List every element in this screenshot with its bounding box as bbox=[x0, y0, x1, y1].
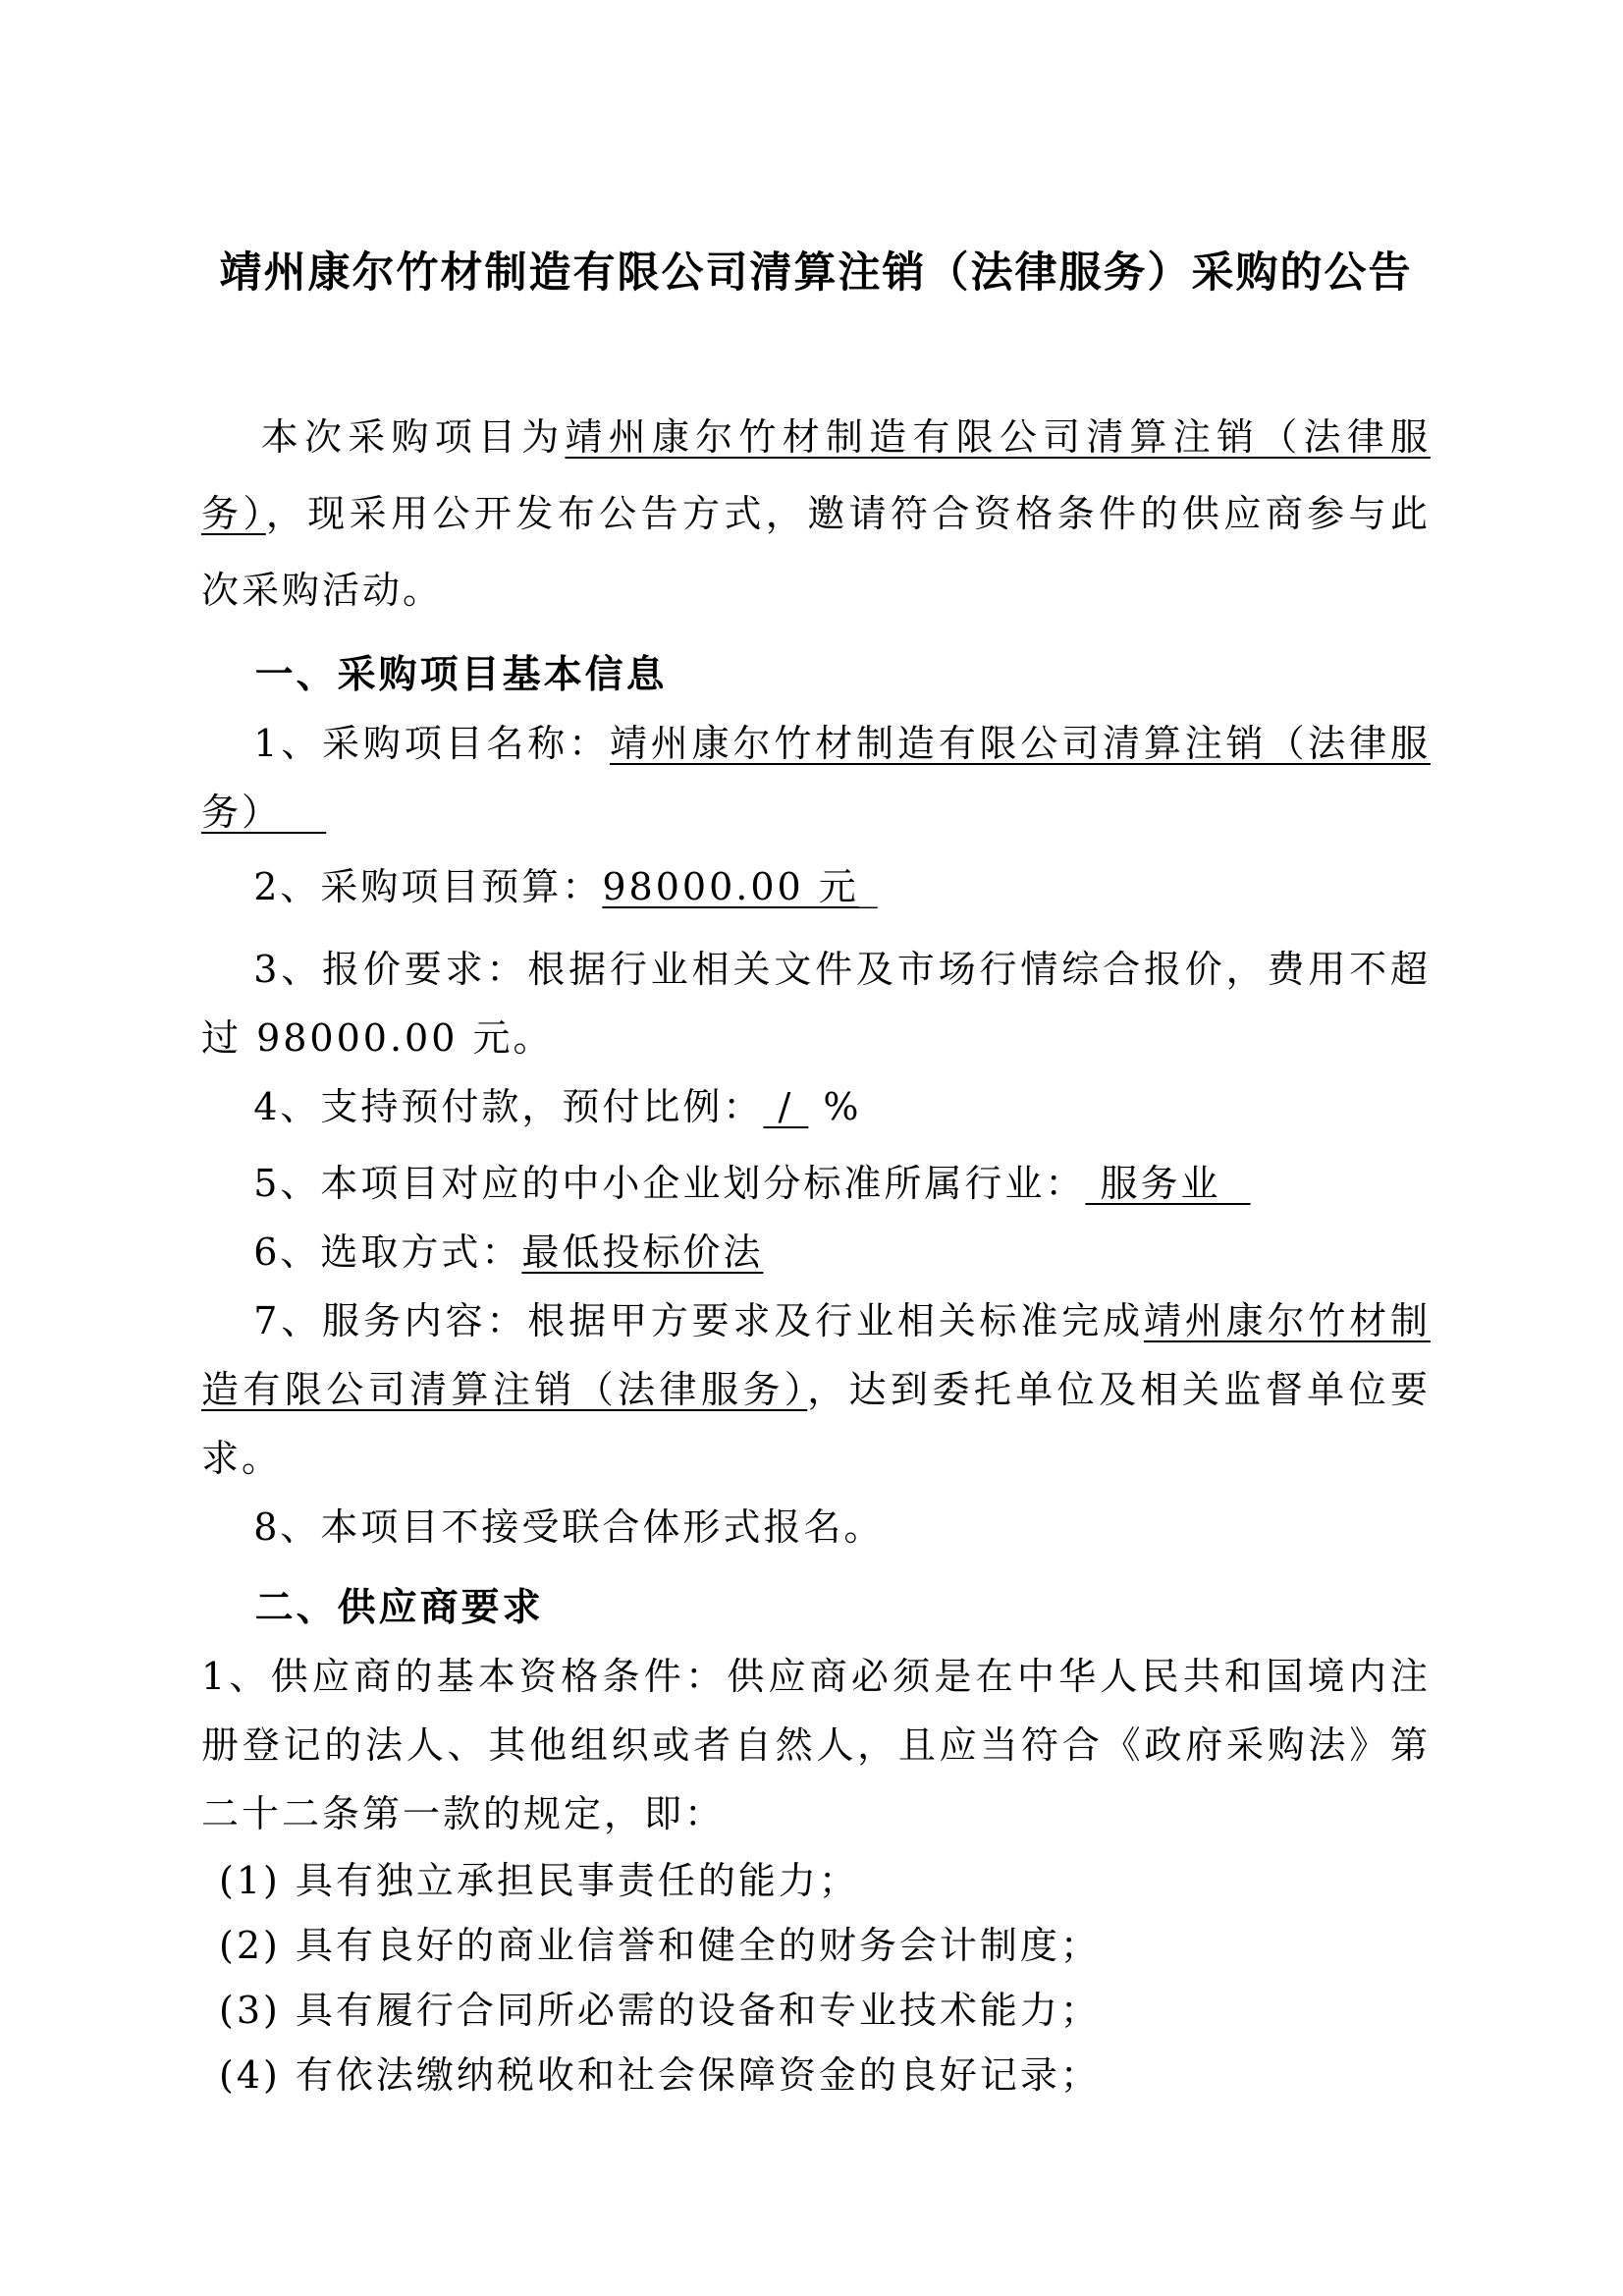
item2-value-underlined: 98000.00 元 bbox=[602, 865, 858, 908]
item-service-content: 7、服务内容：根据甲方要求及行业相关标准完成靖州康尔竹材制造有限公司清算注销（法… bbox=[201, 1286, 1431, 1493]
supplier-qualification-text: 1、供应商的基本资格条件：供应商必须是在中华人民共和国境内注册登记的法人、其他组… bbox=[201, 1655, 1431, 1835]
item2-label: 2、采购项目预算： bbox=[253, 865, 602, 908]
item-no-consortium: 8、本项目不接受联合体形式报名。 bbox=[201, 1493, 1431, 1561]
item8-text: 8、本项目不接受联合体形式报名。 bbox=[253, 1505, 884, 1549]
qualification-sub-item-2: (2) 具有良好的商业信誉和健全的财务会计制度； bbox=[219, 1913, 1431, 1978]
qualification-sub-item-3: (3) 具有履行合同所必需的设备和专业技术能力； bbox=[219, 1978, 1431, 2043]
item7-text-pre: 7、服务内容：根据甲方要求及行业相关标准完成 bbox=[253, 1299, 1144, 1342]
sub2-text: (2) 具有良好的商业信誉和健全的财务会计制度； bbox=[219, 1924, 1101, 1967]
sub4-text: (4) 有依法缴纳税收和社会保障资金的良好记录； bbox=[219, 2053, 1101, 2097]
qualification-sub-item-4: (4) 有依法缴纳税收和社会保障资金的良好记录； bbox=[219, 2043, 1431, 2107]
item3-text: 3、报价要求：根据行业相关文件及市场行情综合报价，费用不超过 98000.00 … bbox=[201, 948, 1431, 1060]
item4-percent-sign: % bbox=[808, 1085, 861, 1128]
item5-label: 5、本项目对应的中小企业划分标准所属行业： bbox=[253, 1162, 1085, 1205]
sub1-text: (1) 具有独立承担民事责任的能力； bbox=[219, 1859, 859, 1902]
item-industry-classification: 5、本项目对应的中小企业划分标准所属行业： 服务业 bbox=[201, 1149, 1431, 1218]
sub3-text: (3) 具有履行合同所必需的设备和专业技术能力； bbox=[219, 1989, 1101, 2032]
item4-label: 4、支持预付款，预付比例： bbox=[253, 1085, 763, 1128]
item-selection-method: 6、选取方式：最低投标价法 bbox=[201, 1218, 1431, 1286]
section1-heading: 一、采购项目基本信息 bbox=[201, 640, 1431, 709]
item-project-budget: 2、采购项目预算：98000.00 元_ bbox=[201, 852, 1431, 921]
document-title: 靖州康尔竹材制造有限公司清算注销（法律服务）采购的公告 bbox=[201, 246, 1431, 301]
item-project-name: 1、采购项目名称：靖州康尔竹材制造有限公司清算注销（法律服务） bbox=[201, 709, 1431, 847]
qualification-sub-item-1: (1) 具有独立承担民事责任的能力； bbox=[219, 1848, 1431, 1913]
item-quote-requirement: 3、报价要求：根据行业相关文件及市场行情综合报价，费用不超过 98000.00 … bbox=[201, 935, 1431, 1072]
document-page: 靖州康尔竹材制造有限公司清算注销（法律服务）采购的公告 本次采购项目为靖州康尔竹… bbox=[0, 0, 1623, 2296]
item1-label: 1、采购项目名称： bbox=[253, 722, 610, 765]
item-prepayment: 4、支持预付款，预付比例： / % bbox=[201, 1072, 1431, 1141]
item6-label: 6、选取方式： bbox=[253, 1230, 521, 1274]
item4-value-underlined: / bbox=[763, 1085, 808, 1128]
intro-text-post: ，现采用公开发布公告方式，邀请符合资格条件的供应商参与此次采购活动。 bbox=[201, 492, 1431, 612]
section2-heading: 二、供应商要求 bbox=[201, 1573, 1431, 1642]
item6-value-underlined: 最低投标价法 bbox=[521, 1230, 763, 1274]
supplier-qualification-paragraph: 1、供应商的基本资格条件：供应商必须是在中华人民共和国境内注册登记的法人、其他组… bbox=[201, 1642, 1431, 1848]
intro-paragraph: 本次采购项目为靖州康尔竹材制造有限公司清算注销（法律服务），现采用公开发布公告方… bbox=[201, 399, 1431, 629]
item5-value-underlined: 服务业 bbox=[1085, 1162, 1250, 1205]
item2-underscore: _ bbox=[859, 865, 881, 908]
intro-text-pre: 本次采购项目为 bbox=[261, 415, 566, 459]
